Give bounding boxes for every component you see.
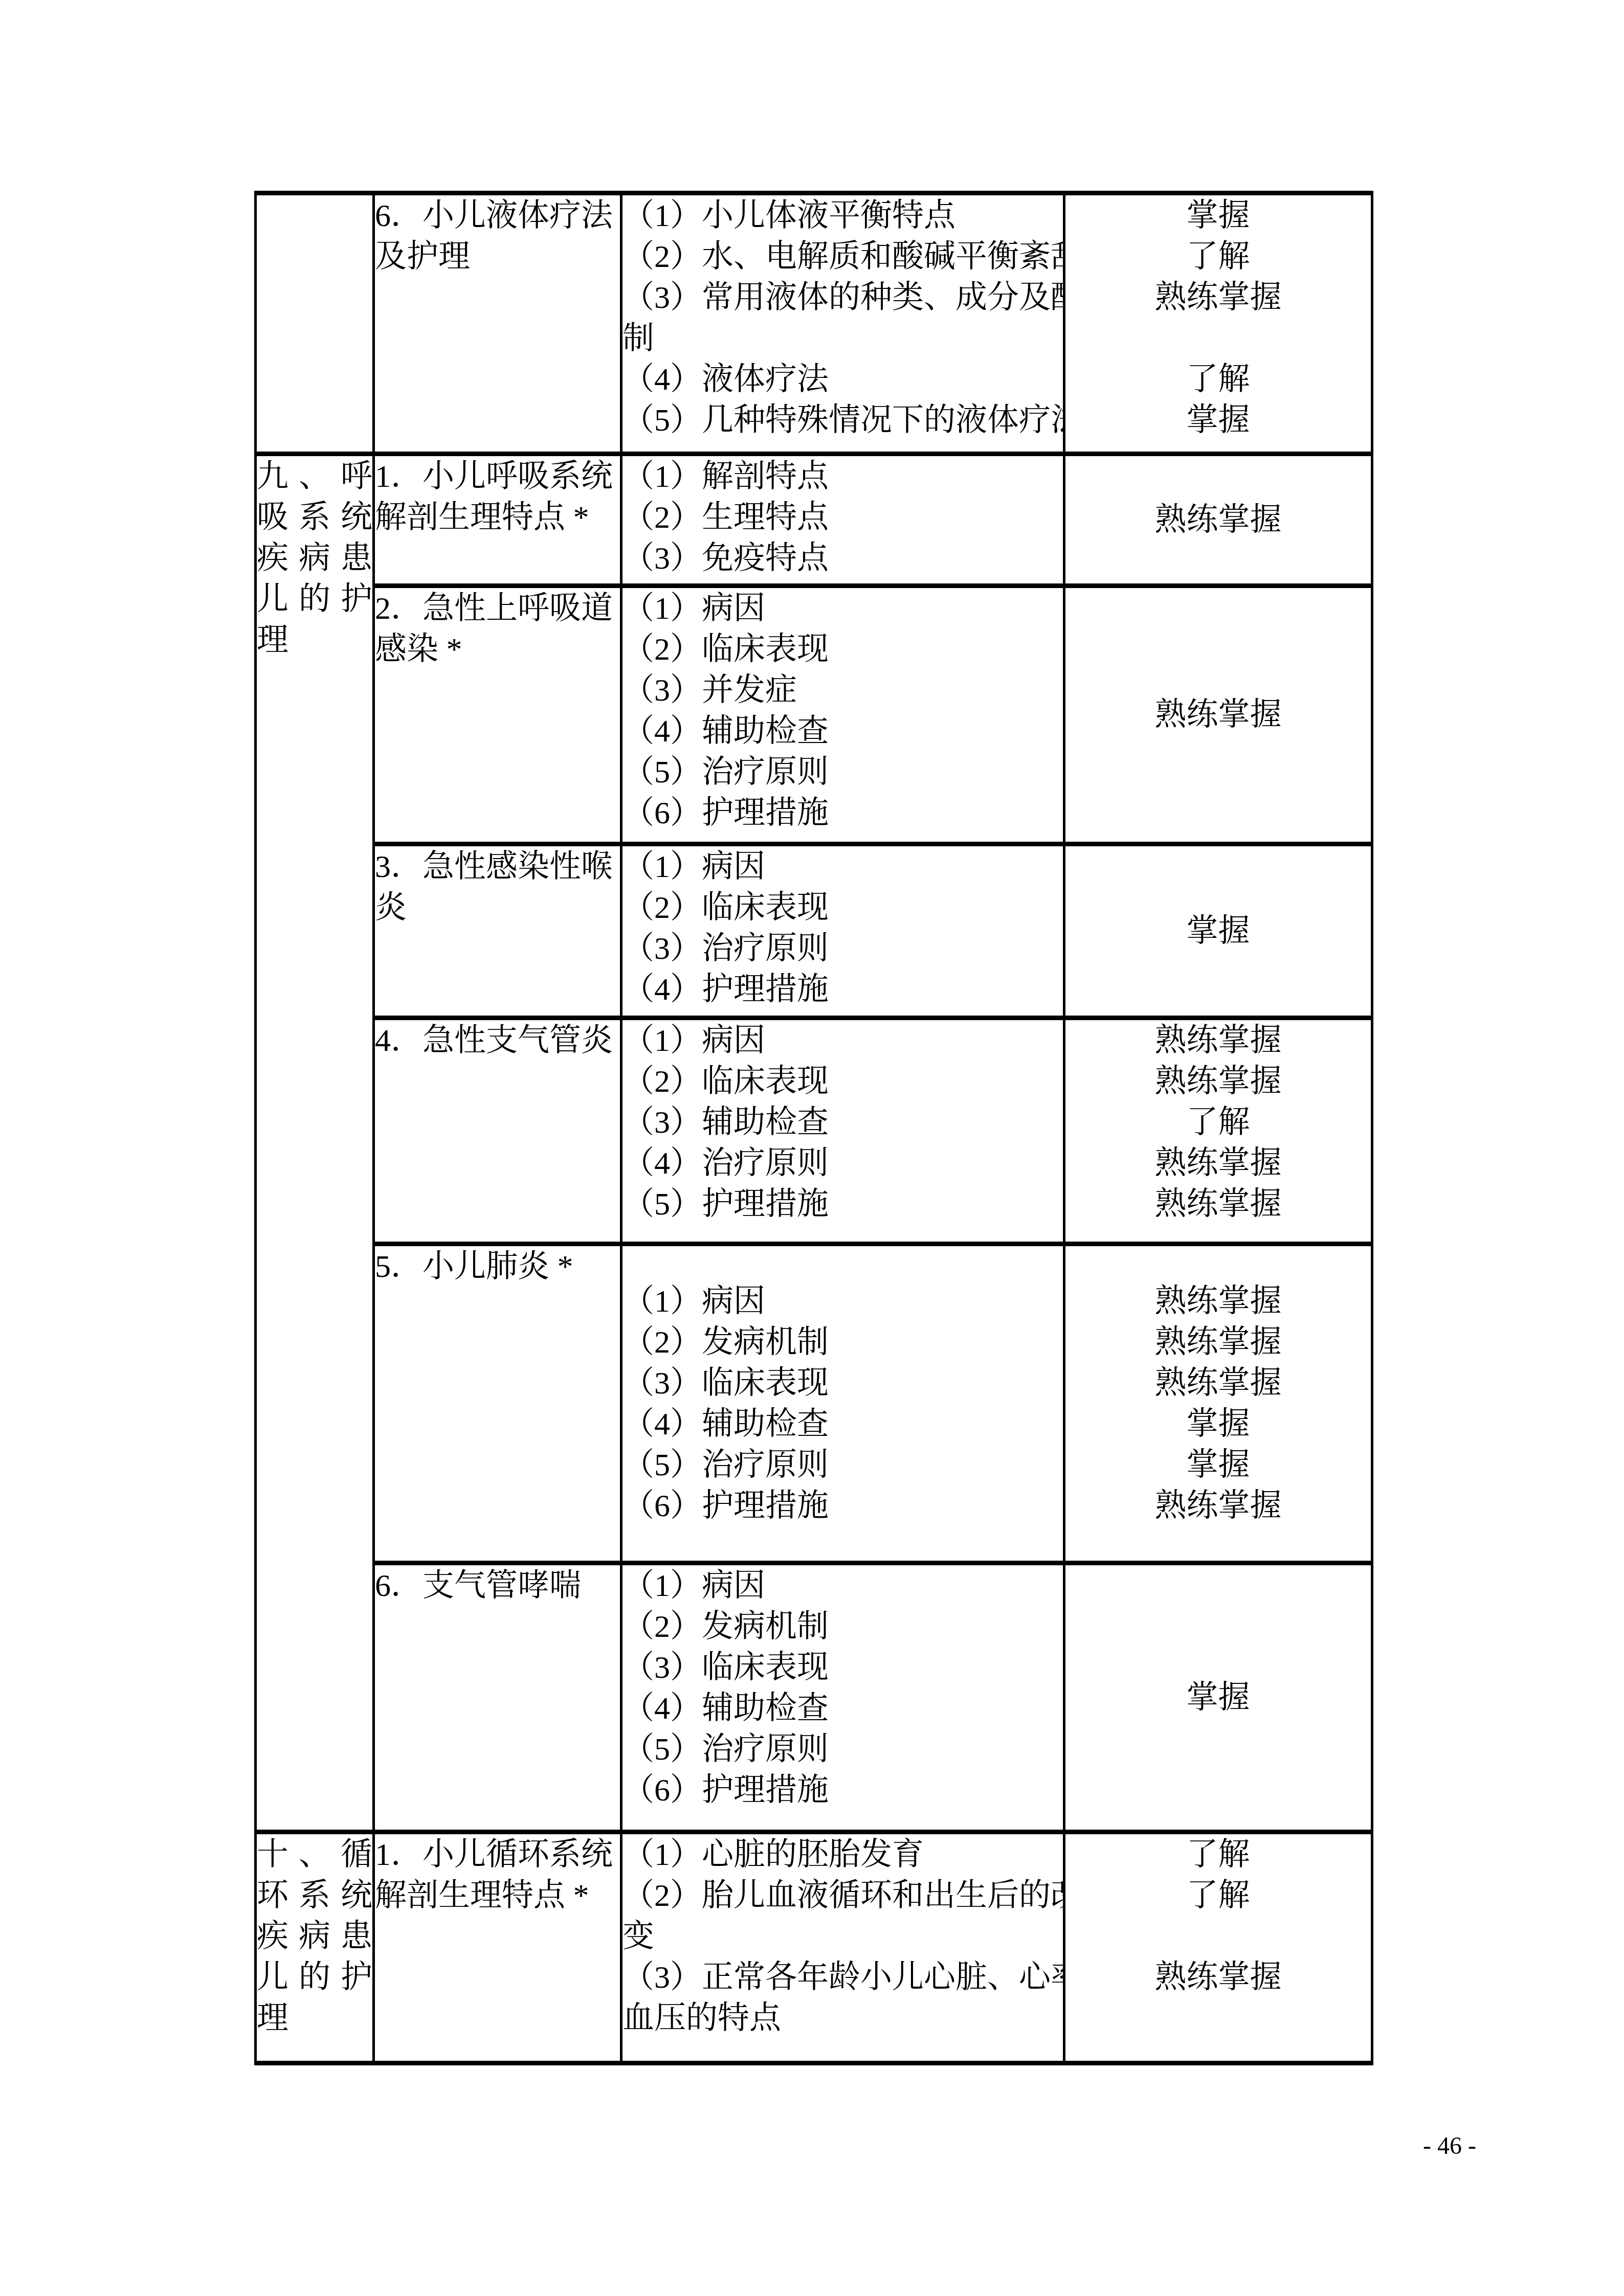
table-row: 十、循环系统疾病患儿的护理1．小儿循环系统解剖生理特点 *（1）心脏的胚胎发育（… (256, 1832, 1372, 2063)
chapter-line: 环系统 (257, 1875, 372, 1916)
item-line: （5）治疗原则 (622, 1445, 1063, 1485)
level-value: 了解 (1065, 236, 1371, 277)
level-slot: 熟练掌握 (1065, 277, 1371, 359)
section-line: 3．急性感染性喉 (375, 846, 620, 887)
item-line: （3）辅助检查 (622, 1102, 1063, 1143)
item-line: （3）常用液体的种类、成分及配 (622, 277, 1063, 318)
level-value: 熟练掌握 (1065, 277, 1371, 318)
syllabus-item: （2）生理特点 (622, 497, 1063, 538)
section-line: 1．小儿呼吸系统 (375, 456, 620, 497)
syllabus-item: （2）水、电解质和酸碱平衡紊乱 (622, 236, 1063, 277)
level-value: 熟练掌握 (1065, 1184, 1371, 1225)
section-cell: 1．小儿呼吸系统解剖生理特点 * (374, 454, 621, 586)
section-cell: 4．急性支气管炎 (374, 1018, 621, 1244)
items-cell: （1）解剖特点（2）生理特点（3）免疫特点 (621, 454, 1064, 586)
levels-cell: 掌握了解熟练掌握了解掌握 (1064, 193, 1372, 454)
level-value: 熟练掌握 (1065, 1143, 1371, 1184)
chapter-line: 理 (257, 1998, 372, 2039)
level-value: 掌握 (1065, 195, 1371, 236)
item-line: （3）正常各年龄小儿心脏、心率、 (622, 1957, 1063, 1998)
level-value: 熟练掌握 (1065, 1485, 1371, 1526)
level-slot: 熟练掌握 (1065, 1281, 1371, 1322)
syllabus-item: （3）正常各年龄小儿心脏、心率、血压的特点 (622, 1957, 1063, 2039)
level-slot: 熟练掌握 (1065, 1485, 1371, 1526)
syllabus-table-body: 6．小儿液体疗法及护理（1）小儿体液平衡特点（2）水、电解质和酸碱平衡紊乱（3）… (256, 193, 1372, 2063)
item-line: （1）病因 (622, 846, 1063, 887)
item-line: （5）治疗原则 (622, 1729, 1063, 1770)
item-line: （1）小儿体液平衡特点 (622, 195, 1063, 236)
syllabus-item: （4）治疗原则 (622, 1143, 1063, 1184)
syllabus-item: （5）治疗原则 (622, 1445, 1063, 1485)
level-slot: 熟练掌握 (1065, 1061, 1371, 1102)
items-cell: （1）病因（2）临床表现（3）并发症（4）辅助检查（5）治疗原则（6）护理措施 (621, 586, 1064, 844)
section-line: 2．急性上呼吸道 (375, 588, 620, 629)
level-value: 了解 (1065, 359, 1371, 400)
syllabus-item: （2）临床表现 (622, 1061, 1063, 1102)
items-cell: （1）病因（2）临床表现（3）治疗原则（4）护理措施 (621, 844, 1064, 1018)
item-line: （3）临床表现 (622, 1647, 1063, 1688)
syllabus-item: （3）并发症 (622, 670, 1063, 711)
syllabus-item: （5）治疗原则 (622, 752, 1063, 793)
chapter-line: 疾病患 (257, 538, 372, 579)
syllabus-item: （1）病因 (622, 1281, 1063, 1322)
levels-cell: 熟练掌握 (1064, 454, 1372, 586)
chapter-line: 疾病患 (257, 1916, 372, 1957)
level-slot: 掌握 (1065, 1404, 1371, 1445)
item-line: 血压的特点 (622, 1998, 1063, 2039)
item-line: （4）液体疗法 (622, 359, 1063, 400)
item-line: （2）临床表现 (622, 629, 1063, 670)
section-line: 5．小儿肺炎 * (375, 1246, 620, 1287)
level-value: 熟练掌握 (1065, 694, 1371, 735)
level-value: 掌握 (1065, 911, 1371, 952)
level-value: 掌握 (1065, 1404, 1371, 1445)
syllabus-item: （2）临床表现 (622, 887, 1063, 928)
syllabus-item: （4）辅助检查 (622, 1404, 1063, 1445)
item-line: （4）护理措施 (622, 969, 1063, 1010)
item-line: （1）心脏的胚胎发育 (622, 1834, 1063, 1875)
syllabus-item: （3）临床表现 (622, 1647, 1063, 1688)
syllabus-item: （3）治疗原则 (622, 928, 1063, 969)
chapter-line: 九、呼 (257, 456, 372, 497)
levels-cell: 掌握 (1064, 844, 1372, 1018)
syllabus-item: （6）护理措施 (622, 1485, 1063, 1526)
chapter-cell (256, 193, 374, 454)
level-slot: 熟练掌握 (1065, 1184, 1371, 1225)
section-cell: 6．小儿液体疗法及护理 (374, 193, 621, 454)
item-line: （1）病因 (622, 1565, 1063, 1606)
item-line: （5）治疗原则 (622, 752, 1063, 793)
level-value: 熟练掌握 (1065, 1322, 1371, 1363)
items-cell: （1）心脏的胚胎发育（2）胎儿血液循环和出生后的改变（3）正常各年龄小儿心脏、心… (621, 1832, 1064, 2063)
level-slot: 熟练掌握 (1065, 1363, 1371, 1404)
table-row: 九、呼吸系统疾病患儿的护理1．小儿呼吸系统解剖生理特点 *（1）解剖特点（2）生… (256, 454, 1372, 586)
item-line: （4）辅助检查 (622, 711, 1063, 752)
syllabus-item: （2）发病机制 (622, 1322, 1063, 1363)
level-value: 掌握 (1065, 400, 1371, 441)
items-cell: （1）小儿体液平衡特点（2）水、电解质和酸碱平衡紊乱（3）常用液体的种类、成分及… (621, 193, 1064, 454)
item-line: （2）发病机制 (622, 1606, 1063, 1647)
syllabus-item: （2）胎儿血液循环和出生后的改变 (622, 1875, 1063, 1957)
item-line: （2）生理特点 (622, 497, 1063, 538)
item-line: （1）病因 (622, 588, 1063, 629)
syllabus-item: （4）辅助检查 (622, 1688, 1063, 1729)
item-line: （5）几种特殊情况下的液体疗法 (622, 400, 1063, 441)
chapter-line: 理 (257, 620, 372, 661)
table-row: 6．小儿液体疗法及护理（1）小儿体液平衡特点（2）水、电解质和酸碱平衡紊乱（3）… (256, 193, 1372, 454)
item-line: （2）发病机制 (622, 1322, 1063, 1363)
syllabus-item: （2）发病机制 (622, 1606, 1063, 1647)
level-slot: 熟练掌握 (1065, 1143, 1371, 1184)
item-line: （2）临床表现 (622, 1061, 1063, 1102)
syllabus-item: （5）几种特殊情况下的液体疗法 (622, 400, 1063, 441)
items-cell: （1）病因（2）临床表现（3）辅助检查（4）治疗原则（5）护理措施 (621, 1018, 1064, 1244)
section-cell: 1．小儿循环系统解剖生理特点 * (374, 1832, 621, 2063)
syllabus-item: （1）病因 (622, 1565, 1063, 1606)
item-line: （4）辅助检查 (622, 1688, 1063, 1729)
section-cell: 6．支气管哮喘 (374, 1563, 621, 1832)
table-row: 5．小儿肺炎 *（1）病因（2）发病机制（3）临床表现（4）辅助检查（5）治疗原… (256, 1244, 1372, 1563)
level-value: 熟练掌握 (1065, 1020, 1371, 1061)
table-row: 4．急性支气管炎（1）病因（2）临床表现（3）辅助检查（4）治疗原则（5）护理措… (256, 1018, 1372, 1244)
level-slot: 了解 (1065, 236, 1371, 277)
table-row: 3．急性感染性喉炎（1）病因（2）临床表现（3）治疗原则（4）护理措施掌握 (256, 844, 1372, 1018)
level-slot: 熟练掌握 (1065, 1957, 1371, 2039)
items-cell: （1）病因（2）发病机制（3）临床表现（4）辅助检查（5）治疗原则（6）护理措施 (621, 1563, 1064, 1832)
syllabus-item: （3）常用液体的种类、成分及配制 (622, 277, 1063, 359)
level-value: 了解 (1065, 1834, 1371, 1875)
item-line: （2）临床表现 (622, 887, 1063, 928)
level-value: 熟练掌握 (1065, 1363, 1371, 1404)
section-cell: 2．急性上呼吸道感染 * (374, 586, 621, 844)
section-cell: 3．急性感染性喉炎 (374, 844, 621, 1018)
document-page: { "page": { "number": "- 46 -" }, "table… (0, 0, 1624, 2296)
syllabus-item: （4）护理措施 (622, 969, 1063, 1010)
item-line: 变 (622, 1916, 1063, 1957)
level-value: 掌握 (1065, 1445, 1371, 1485)
section-line: 炎 (375, 887, 620, 928)
syllabus-item: （1）解剖特点 (622, 456, 1063, 497)
syllabus-item: （4）液体疗法 (622, 359, 1063, 400)
item-line: （5）护理措施 (622, 1184, 1063, 1225)
levels-cell: 熟练掌握 (1064, 586, 1372, 844)
item-line: （3）免疫特点 (622, 538, 1063, 579)
syllabus-item: （2）临床表现 (622, 629, 1063, 670)
syllabus-item: （3）辅助检查 (622, 1102, 1063, 1143)
item-line: （3）并发症 (622, 670, 1063, 711)
table-row: 6．支气管哮喘（1）病因（2）发病机制（3）临床表现（4）辅助检查（5）治疗原则… (256, 1563, 1372, 1832)
level-slot: 了解 (1065, 359, 1371, 400)
items-cell: （1）病因（2）发病机制（3）临床表现（4）辅助检查（5）治疗原则（6）护理措施 (621, 1244, 1064, 1563)
level-slot: 掌握 (1065, 195, 1371, 236)
level-value: 熟练掌握 (1065, 1957, 1371, 1998)
chapter-line: 吸系统 (257, 497, 372, 538)
level-slot: 了解 (1065, 1834, 1371, 1875)
level-value: 掌握 (1065, 1677, 1371, 1718)
level-value: 了解 (1065, 1102, 1371, 1143)
syllabus-item: （1）病因 (622, 588, 1063, 629)
chapter-line: 儿的护 (257, 579, 372, 620)
item-line: （6）护理措施 (622, 1770, 1063, 1811)
level-value: 了解 (1065, 1875, 1371, 1916)
page-number: - 46 - (1423, 2131, 1476, 2161)
syllabus-item: （1）病因 (622, 846, 1063, 887)
levels-cell: 熟练掌握熟练掌握了解熟练掌握熟练掌握 (1064, 1018, 1372, 1244)
syllabus-item: （6）护理措施 (622, 793, 1063, 834)
chapter-cell: 十、循环系统疾病患儿的护理 (256, 1832, 374, 2063)
syllabus-item: （4）辅助检查 (622, 711, 1063, 752)
section-line: 解剖生理特点 * (375, 497, 620, 538)
syllabus-item: （6）护理措施 (622, 1770, 1063, 1811)
syllabus-item: （3）临床表现 (622, 1363, 1063, 1404)
section-cell: 5．小儿肺炎 * (374, 1244, 621, 1563)
syllabus-item: （1）病因 (622, 1020, 1063, 1061)
level-value: 熟练掌握 (1065, 500, 1371, 541)
chapter-line: 十、循 (257, 1834, 372, 1875)
level-slot: 掌握 (1065, 1445, 1371, 1485)
section-line: 及护理 (375, 236, 620, 277)
item-line: （2）胎儿血液循环和出生后的改 (622, 1875, 1063, 1916)
item-line: （1）病因 (622, 1020, 1063, 1061)
section-line: 感染 * (375, 629, 620, 670)
section-line: 1．小儿循环系统 (375, 1834, 620, 1875)
level-value: 熟练掌握 (1065, 1061, 1371, 1102)
item-line: （1）解剖特点 (622, 456, 1063, 497)
section-line: 6．支气管哮喘 (375, 1565, 620, 1606)
item-line: 制 (622, 318, 1063, 359)
levels-cell: 掌握 (1064, 1563, 1372, 1832)
syllabus-item: （1）心脏的胚胎发育 (622, 1834, 1063, 1875)
level-value: 熟练掌握 (1065, 1281, 1371, 1322)
item-line: （6）护理措施 (622, 1485, 1063, 1526)
chapter-cell: 九、呼吸系统疾病患儿的护理 (256, 454, 374, 1832)
level-slot: 了解 (1065, 1875, 1371, 1957)
levels-cell: 了解了解熟练掌握 (1064, 1832, 1372, 2063)
level-slot: 熟练掌握 (1065, 1020, 1371, 1061)
syllabus-item: （3）免疫特点 (622, 538, 1063, 579)
section-line: 6．小儿液体疗法 (375, 195, 620, 236)
level-slot: 了解 (1065, 1102, 1371, 1143)
item-line: （3）治疗原则 (622, 928, 1063, 969)
item-line: （1）病因 (622, 1281, 1063, 1322)
syllabus-item: （5）护理措施 (622, 1184, 1063, 1225)
table-row: 2．急性上呼吸道感染 *（1）病因（2）临床表现（3）并发症（4）辅助检查（5）… (256, 586, 1372, 844)
level-slot: 熟练掌握 (1065, 1322, 1371, 1363)
syllabus-item: （5）治疗原则 (622, 1729, 1063, 1770)
syllabus-table: 6．小儿液体疗法及护理（1）小儿体液平衡特点（2）水、电解质和酸碱平衡紊乱（3）… (254, 191, 1373, 2065)
item-line: （6）护理措施 (622, 793, 1063, 834)
levels-cell: 熟练掌握熟练掌握熟练掌握掌握掌握熟练掌握 (1064, 1244, 1372, 1563)
level-slot: 掌握 (1065, 400, 1371, 441)
item-line: （4）辅助检查 (622, 1404, 1063, 1445)
section-line: 4．急性支气管炎 (375, 1020, 620, 1061)
item-line: （3）临床表现 (622, 1363, 1063, 1404)
item-line: （2）水、电解质和酸碱平衡紊乱 (622, 236, 1063, 277)
section-line: 解剖生理特点 * (375, 1875, 620, 1916)
syllabus-item: （1）小儿体液平衡特点 (622, 195, 1063, 236)
chapter-line: 儿的护 (257, 1957, 372, 1998)
item-line: （4）治疗原则 (622, 1143, 1063, 1184)
